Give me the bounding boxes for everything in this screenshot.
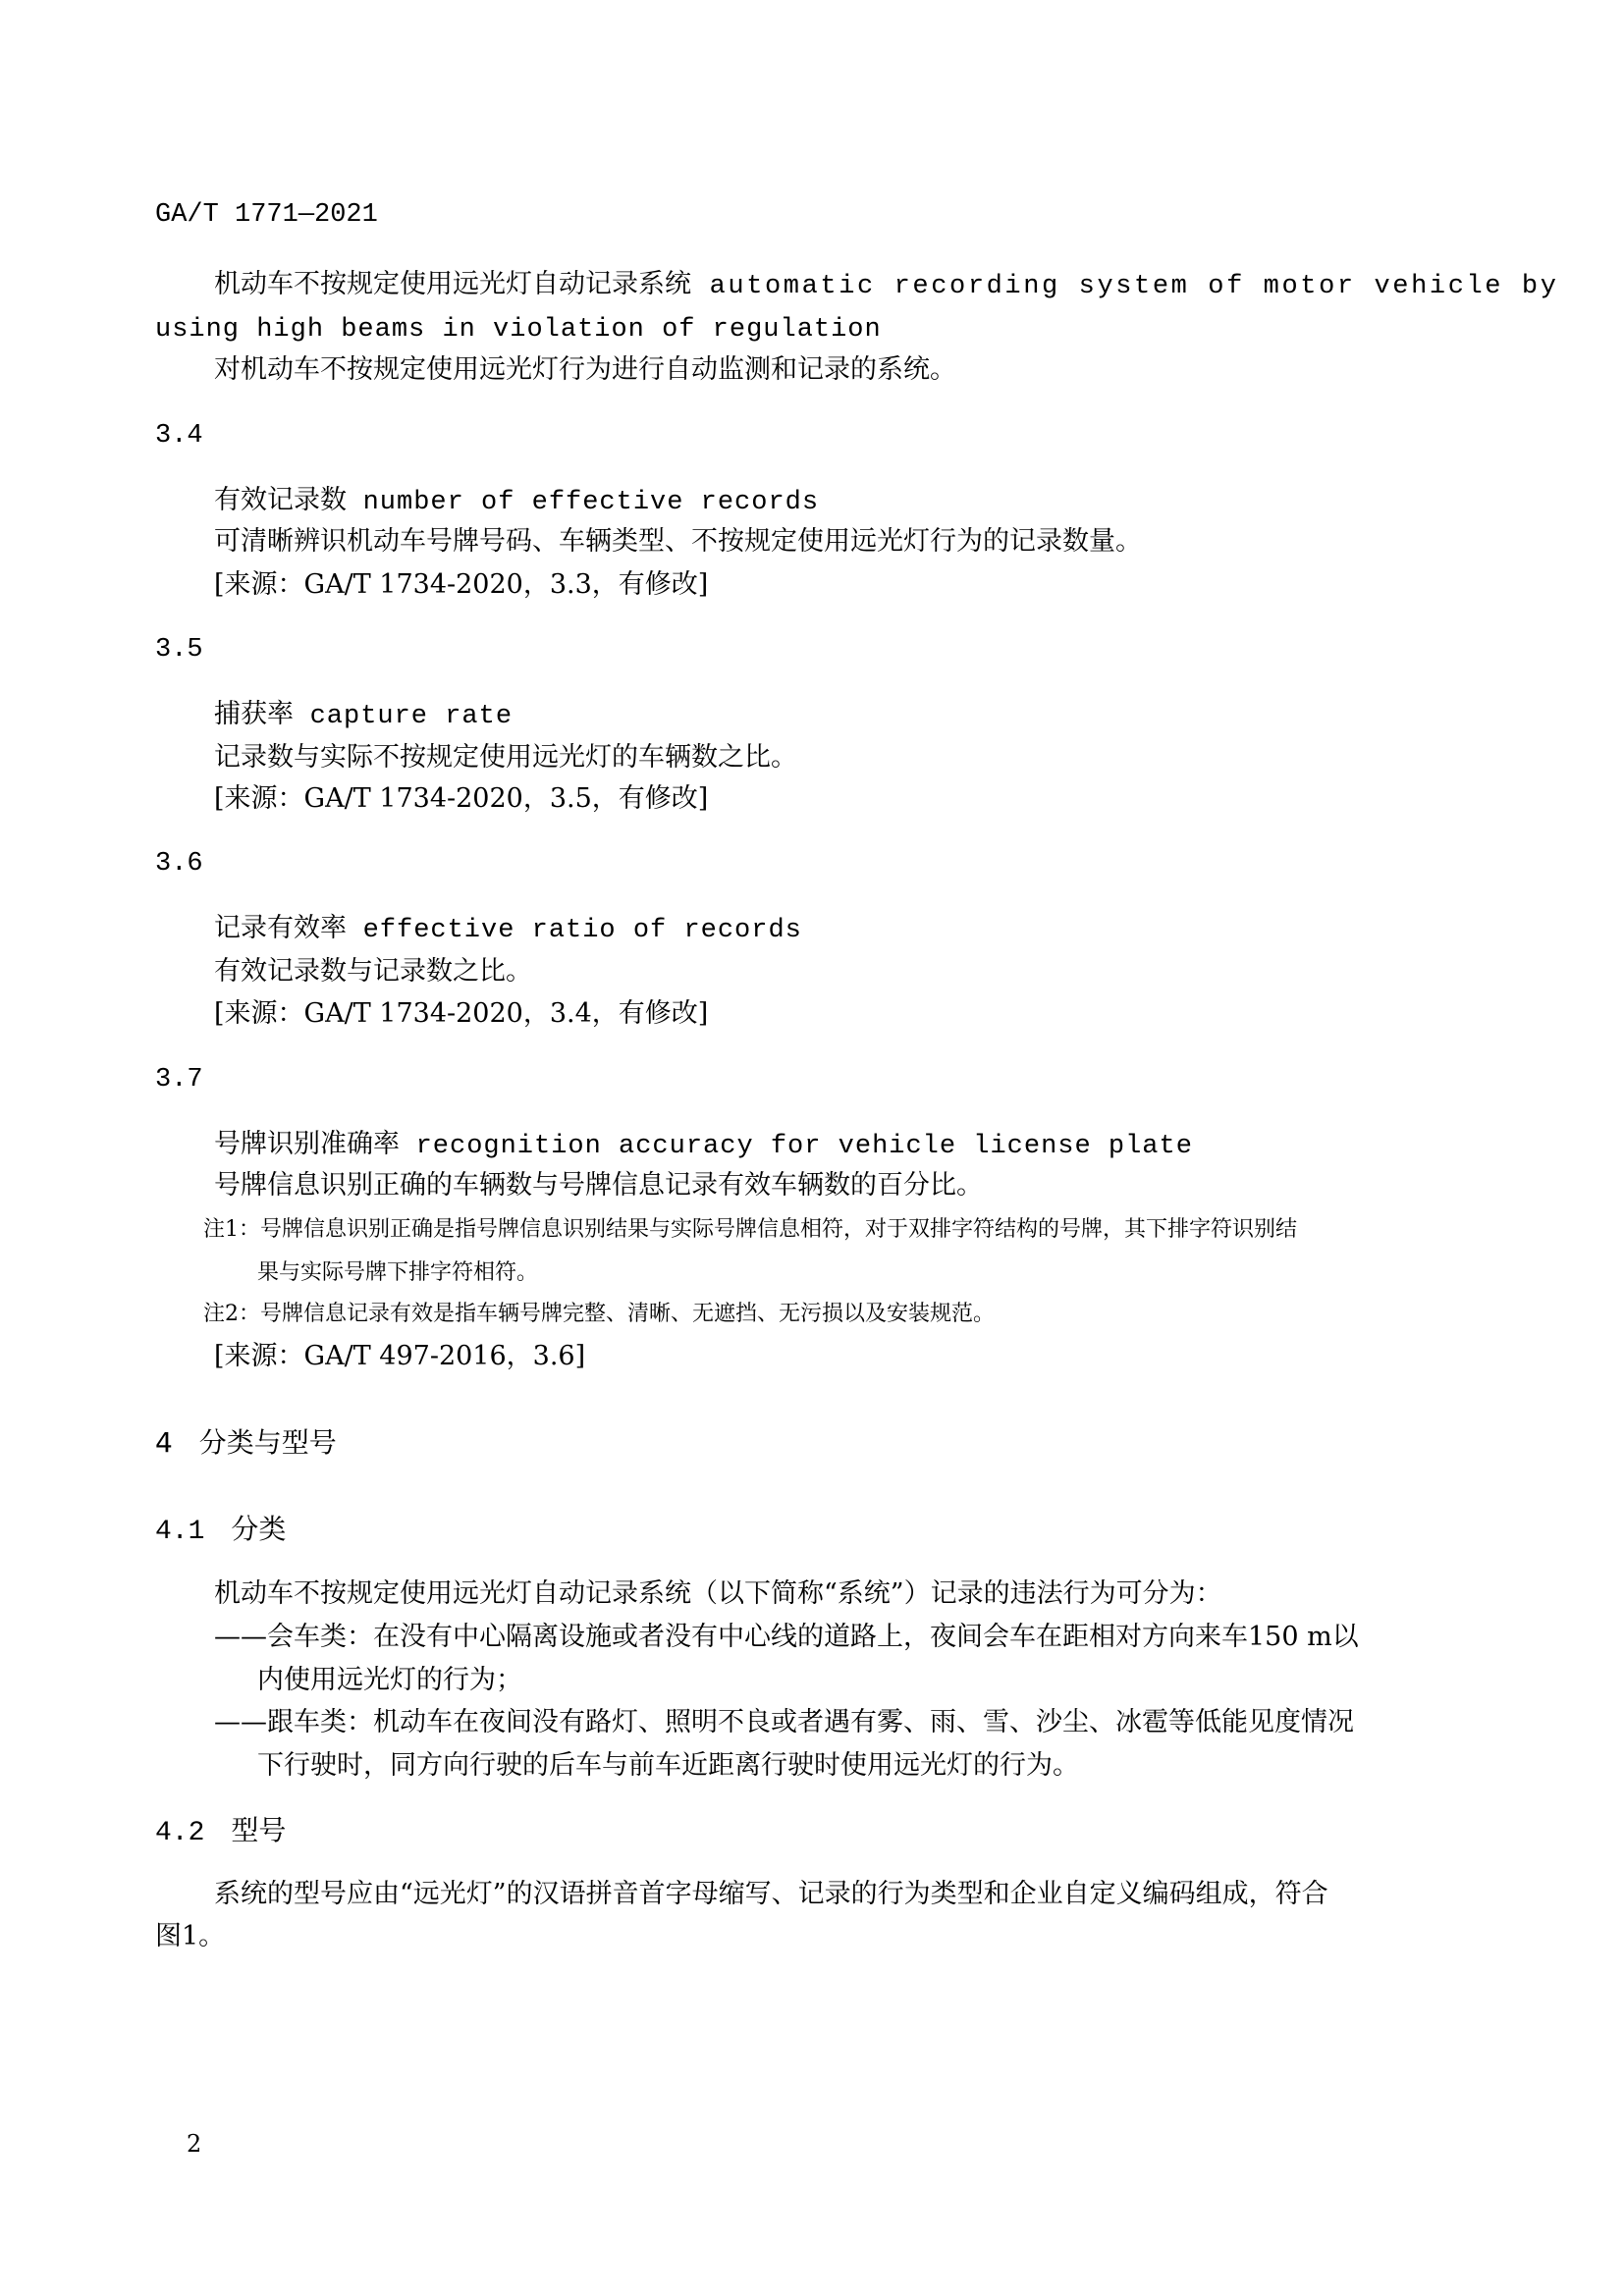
section-4-1-heading: 4.1 分类 (155, 1514, 286, 1548)
term-en: recognition accuracy for vehicle license… (416, 1132, 1193, 1161)
term-3-7: 号牌识别准确率 recognition accuracy for vehicle… (214, 1129, 1193, 1162)
term-3-3-line2: using high beams in violation of regulat… (155, 312, 882, 346)
list-item-meeting-line1: ——会车类：在没有中心隔离设施或者没有中心线的道路上，夜间会车在距相对方向来车1… (214, 1622, 1359, 1653)
chapter-number: 4 (155, 1426, 173, 1459)
term-3-4: 有效记录数 number of effective records (214, 485, 819, 518)
term-en: number of effective records (363, 488, 819, 517)
term-cn: 有效记录数 (214, 485, 347, 515)
definition-3-3: 对机动车不按规定使用远光灯行为进行自动监测和记录的系统。 (214, 354, 956, 386)
note-1-line1: 注1：号牌信息识别正确是指号牌信息识别结果与实际号牌信息相符，对于双排字符结构的… (203, 1214, 1297, 1246)
list-item-meeting-line2: 内使用远光灯的行为； (257, 1665, 522, 1696)
clause-number-3-5: 3.5 (155, 634, 203, 666)
term-en-continued: using high beams in violation of regulat… (155, 315, 882, 345)
note-2: 注2：号牌信息记录有效是指车辆号牌完整、清晰、无遮挡、无污损以及安装规范。 (203, 1299, 995, 1330)
section-4-2-para-line2: 图1。 (155, 1921, 225, 1952)
term-cn: 机动车不按规定使用远光灯自动记录系统 (214, 269, 691, 299)
chapter-4-heading: 4 分类与型号 (155, 1427, 337, 1459)
term-3-6: 记录有效率 effective ratio of records (214, 913, 802, 946)
section-number: 4.1 (155, 1517, 204, 1547)
document-page: GA/T 1771—2021 机动车不按规定使用远光灯自动记录系统 automa… (0, 0, 1624, 2296)
definition-3-5: 记录数与实际不按规定使用远光灯的车辆数之比。 (214, 742, 797, 774)
term-cn: 记录有效率 (214, 913, 347, 943)
section-title: 型号 (231, 1814, 286, 1846)
term-3-3-line1: 机动车不按规定使用远光灯自动记录系统 automatic recording s… (214, 269, 1446, 302)
standard-code-header: GA/T 1771—2021 (155, 199, 378, 231)
source-3-5: [来源：GA/T 1734-2020，3.5，有修改] (214, 783, 708, 815)
list-item-following-line2: 下行驶时，同方向行驶的后车与前车近距离行驶时使用远光灯的行为。 (257, 1750, 1079, 1782)
term-en: effective ratio of records (363, 916, 802, 945)
chapter-title: 分类与型号 (199, 1426, 337, 1459)
source-3-4: [来源：GA/T 1734-2020，3.3，有修改] (214, 569, 708, 601)
note-1-line2: 果与实际号牌下排字符相符。 (257, 1257, 538, 1289)
definition-3-6: 有效记录数与记录数之比。 (214, 956, 532, 988)
section-title: 分类 (231, 1513, 286, 1545)
list-item-following-line1: ——跟车类：机动车在夜间没有路灯、照明不良或者遇有雾、雨、雪、沙尘、冰雹等低能见… (214, 1707, 1354, 1738)
term-cn: 捕获率 (214, 699, 294, 729)
section-number: 4.2 (155, 1818, 204, 1848)
term-en: capture rate (310, 702, 513, 731)
term-en: automatic recording system of motor vehi… (710, 272, 1559, 301)
section-4-2-heading: 4.2 型号 (155, 1815, 286, 1849)
clause-number-3-6: 3.6 (155, 848, 203, 880)
source-3-6: [来源：GA/T 1734-2020，3.4，有修改] (214, 998, 708, 1030)
term-cn: 号牌识别准确率 (214, 1129, 400, 1159)
section-4-1-intro: 机动车不按规定使用远光灯自动记录系统（以下简称“系统”）记录的违法行为可分为： (214, 1578, 1222, 1610)
definition-3-4: 可清晰辨识机动车号牌号码、车辆类型、不按规定使用远光灯行为的记录数量。 (214, 526, 1142, 558)
definition-3-7: 号牌信息识别正确的车辆数与号牌信息记录有效车辆数的百分比。 (214, 1170, 983, 1201)
clause-number-3-4: 3.4 (155, 420, 203, 452)
clause-number-3-7: 3.7 (155, 1064, 203, 1095)
term-3-5: 捕获率 capture rate (214, 699, 513, 732)
source-3-7: [来源：GA/T 497-2016，3.6] (214, 1341, 585, 1372)
section-4-2-para-line1: 系统的型号应由“远光灯”的汉语拼音首字母缩写、记录的行为类型和企业自定义编码组成… (214, 1879, 1328, 1910)
page-number: 2 (187, 2128, 201, 2160)
